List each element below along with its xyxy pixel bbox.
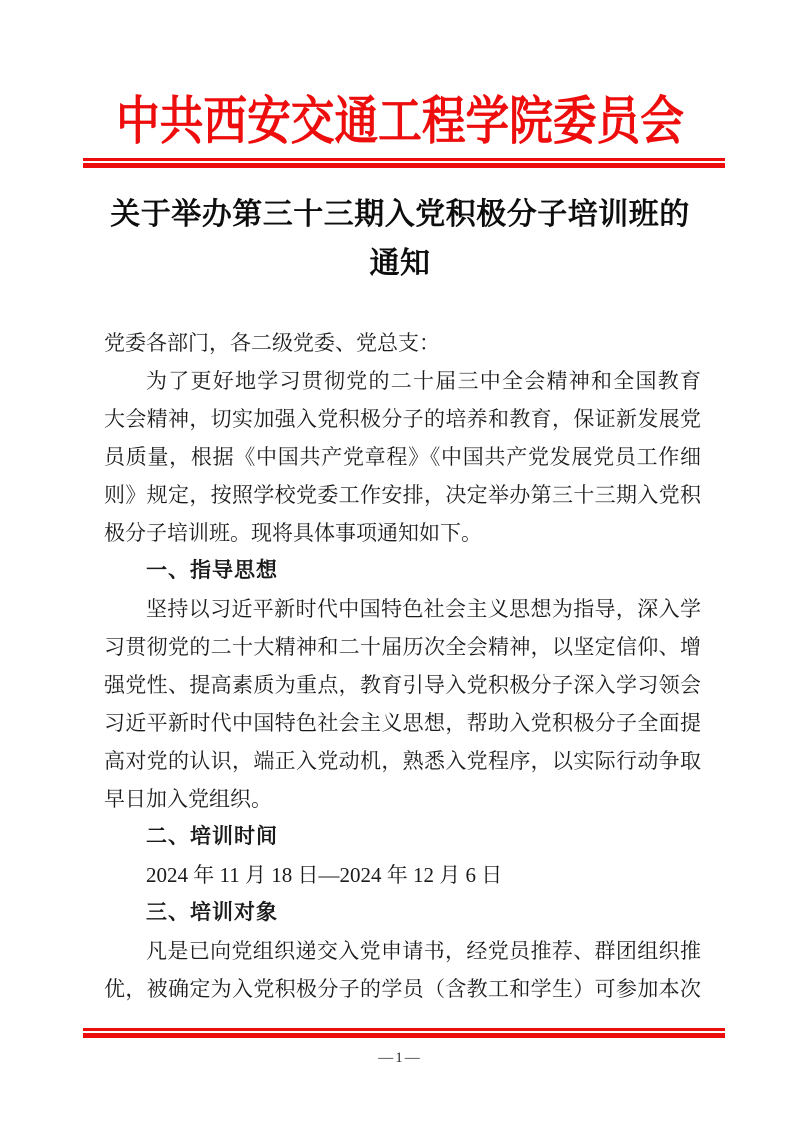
section-heading-3: 三、培训对象	[104, 894, 701, 932]
paragraph-line: 优，被确定为入党积极分子的学员（含教工和学生）可参加本次	[104, 970, 701, 1008]
letterhead-organization-name: 中共西安交通工程学院委员会	[64, 92, 736, 154]
document-page: 中共西安交通工程学院委员会 关于举办第三十三期入党积极分子培训班的 通知 党委各…	[0, 0, 800, 1132]
document-body: 党委各部门，各二级党委、党总支： 为了更好地学习贯彻党的二十届三中全会精神和全国…	[104, 324, 701, 1008]
paragraph-line: 习近平新时代中国特色社会主义思想，帮助入党积极分子全面提	[104, 704, 701, 742]
paragraph-line: 为了更好地学习贯彻党的二十届三中全会精神和全国教育	[104, 362, 701, 400]
rule-thick-line	[83, 163, 725, 168]
training-date: 2024 年 11 月 18 日—2024 年 12 月 6 日	[104, 856, 701, 894]
paragraph-line: 习贯彻党的二十大精神和二十届历次全会精神，以坚定信仰、增	[104, 628, 701, 666]
document-title-line1: 关于举办第三十三期入党积极分子培训班的	[0, 190, 800, 239]
section-heading-2: 二、培训时间	[104, 818, 701, 856]
paragraph-line: 凡是已向党组织递交入党申请书，经党员推荐、群团组织推	[104, 932, 701, 970]
paragraph-line: 早日加入党组织。	[104, 780, 701, 818]
page-number: —1—	[0, 1048, 800, 1068]
paragraph-line: 高对党的认识，端正入党动机，熟悉入党程序，以实际行动争取	[104, 742, 701, 780]
footer-double-rule	[83, 1028, 725, 1038]
document-title-line2: 通知	[0, 239, 800, 288]
paragraph-line: 强党性、提高素质为重点，教育引导入党积极分子深入学习领会	[104, 666, 701, 704]
paragraph-line: 坚持以习近平新时代中国特色社会主义思想为指导，深入学	[104, 590, 701, 628]
paragraph-line: 大会精神，切实加强入党积极分子的培养和教育，保证新发展党	[104, 400, 701, 438]
document-title: 关于举办第三十三期入党积极分子培训班的 通知	[0, 190, 800, 288]
letterhead-double-rule	[83, 158, 725, 168]
paragraph-line: 则》规定，按照学校党委工作安排，决定举办第三十三期入党积	[104, 476, 701, 514]
section-heading-1: 一、指导思想	[104, 552, 701, 590]
rule-thick-line	[83, 1033, 725, 1038]
paragraph-line: 员质量，根据《中国共产党章程》《中国共产党发展党员工作细	[104, 438, 701, 476]
salutation: 党委各部门，各二级党委、党总支：	[104, 324, 701, 362]
paragraph-line: 极分子培训班。现将具体事项通知如下。	[104, 514, 701, 552]
